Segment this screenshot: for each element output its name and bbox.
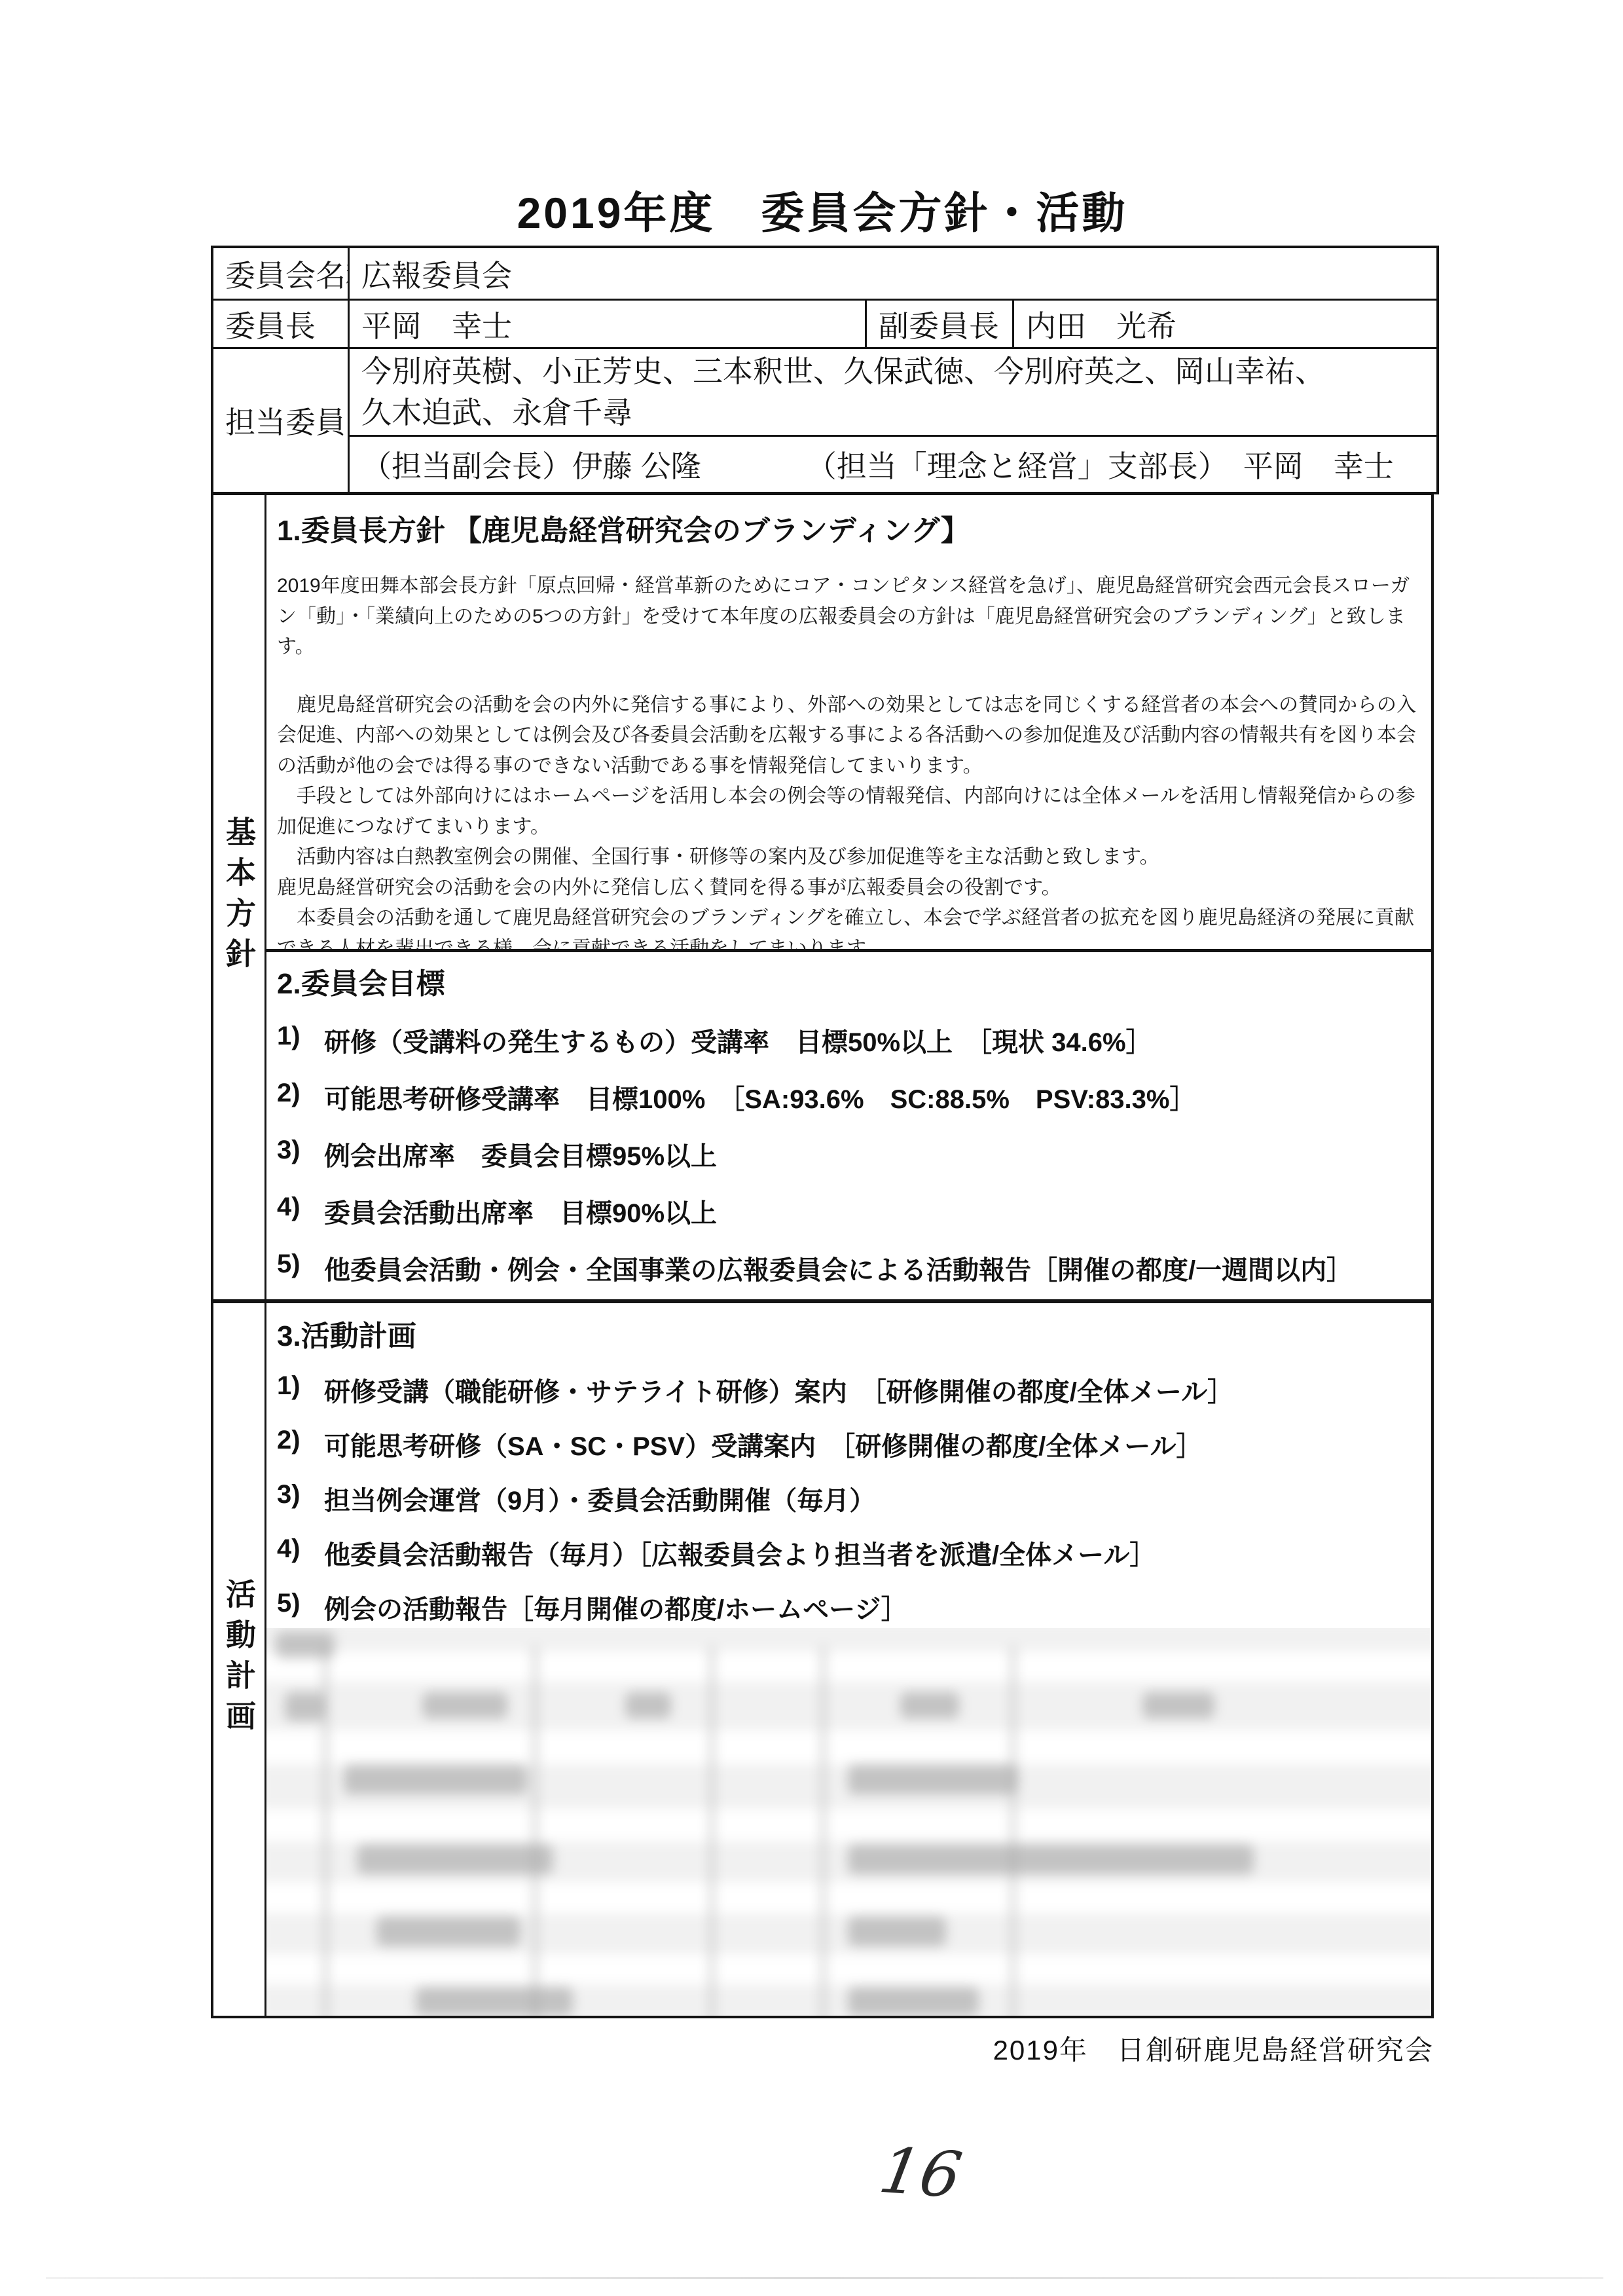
vice-chair-value: 内田 光希: [1014, 301, 1436, 349]
activity-plan-block: 活動計画 3.活動計画 1) 研修受講（職能研修・サテライト研修）案内 ［研修開…: [211, 1303, 1434, 2018]
goal-item: 1) 研修（受講料の発生するもの）受講率 目標50%以上 ［現状 34.6%］: [277, 1022, 1422, 1059]
chair-label: 委員長: [213, 301, 350, 349]
committee-name-label: 委員会名称: [213, 248, 350, 301]
plan-item: 5) 例会の活動報告［毎月開催の都度/ホームページ］: [277, 1589, 1422, 1626]
policy-paragraph: 鹿児島経営研究会の活動を会の内外に発信する事により、外部への効果としては志を同じ…: [277, 690, 1422, 782]
chair-value: 平岡 幸士: [350, 301, 867, 349]
plan-number: 3): [277, 1480, 324, 1517]
members-names-line1: 今別府英樹、小正芳史、三本釈世、久保武徳、今別府英之、岡山幸祐、: [361, 351, 1325, 392]
scanned-document-page: { "title": "2019年度 委員会方針・活動", "header": …: [0, 0, 1623, 2296]
goal-item: 3) 例会出席率 委員会目標95%以上: [277, 1136, 1422, 1173]
goal-text: 研修（受講料の発生するもの）受講率 目標50%以上 ［現状 34.6%］: [324, 1022, 1152, 1059]
goal-text: 委員会活動出席率 目標90%以上: [324, 1193, 717, 1230]
members-label: 担当委員: [213, 349, 350, 492]
section1-heading: 1.委員長方針 【鹿児島経営研究会のブランディング】: [277, 507, 1422, 549]
plan-text: 例会の活動報告［毎月開催の都度/ホームページ］: [324, 1589, 907, 1626]
plan-text: 可能思考研修（SA・SC・PSV）受講案内 ［研修開催の都度/全体メール］: [324, 1426, 1202, 1463]
basic-policy-content: 1.委員長方針 【鹿児島経営研究会のブランディング】 2019年度田舞本部会長方…: [266, 495, 1431, 1299]
section2-committee-goals: 2.委員会目標 1) 研修（受講料の発生するもの）受講率 目標50%以上 ［現状…: [266, 952, 1431, 1299]
policy-paragraph: 本委員会の活動を通して鹿児島経営研究会のブランディングを確立し、本会で学ぶ経営者…: [277, 903, 1422, 952]
plan-item: 1) 研修受講（職能研修・サテライト研修）案内 ［研修開催の都度/全体メール］: [277, 1371, 1422, 1409]
scan-artifact-line: [46, 2277, 1603, 2279]
policy-lead-paragraph: 2019年度田舞本部会長方針「原点回帰・経営革新のためにコア・コンピタンス経営を…: [277, 571, 1422, 663]
goal-text: 他委員会活動・例会・全国事業の広報委員会による活動報告［開催の都度/一週間以内］: [324, 1250, 1353, 1287]
members-names: 今別府英樹、小正芳史、三本釈世、久保武徳、今別府英之、岡山幸祐、 久木迫武、永倉…: [350, 349, 1436, 437]
blurred-schedule-table: [266, 1628, 1431, 2016]
policy-paragraph: 手段としては外部向けにはホームページを活用し本会の例会等の情報発信、内部向けには…: [277, 781, 1422, 842]
section1-chair-policy: 1.委員長方針 【鹿児島経営研究会のブランディング】 2019年度田舞本部会長方…: [266, 495, 1431, 952]
footer-credit: 2019年 日創研鹿児島経営研究会: [993, 2029, 1434, 2068]
members-names-line2: 久木迫武、永倉千尋: [361, 392, 632, 433]
plan-item: 2) 可能思考研修（SA・SC・PSV）受講案内 ［研修開催の都度/全体メール］: [277, 1426, 1422, 1463]
plan-number: 1): [277, 1371, 324, 1409]
plan-number: 5): [277, 1589, 324, 1626]
goal-item: 5) 他委員会活動・例会・全国事業の広報委員会による活動報告［開催の都度/一週間…: [277, 1250, 1422, 1287]
plan-number: 2): [277, 1426, 324, 1463]
side-column-activity-plan: 活動計画: [213, 1303, 266, 2016]
goal-number: 1): [277, 1022, 324, 1059]
goal-text: 可能思考研修受講率 目標100% ［SA:93.6% SC:88.5% PSV:…: [324, 1079, 1195, 1116]
activity-plan-content: 3.活動計画 1) 研修受講（職能研修・サテライト研修）案内 ［研修開催の都度/…: [266, 1303, 1431, 2016]
side-label-basic-policy: 基本方針: [217, 816, 261, 978]
policy-paragraph: 鹿児島経営研究会の活動を会の内外に発信し広く賛同を得る事が広報委員会の役割です。: [277, 873, 1422, 904]
plan-item: 4) 他委員会活動報告（毎月）［広報委員会より担当者を派遣/全体メール］: [277, 1534, 1422, 1572]
side-label-activity-plan: 活動計画: [217, 1578, 261, 1741]
handwritten-page-number: 16: [874, 2134, 966, 2212]
members-sub-roles: （担当副会長）伊藤 公隆 （担当「理念と経営」支部長） 平岡 幸士: [350, 437, 1436, 492]
goal-number: 4): [277, 1193, 324, 1230]
vice-chair-label: 副委員長: [867, 301, 1014, 349]
goal-number: 5): [277, 1250, 324, 1287]
goal-number: 3): [277, 1136, 324, 1173]
blurred-schedule-content: [266, 1628, 1431, 2016]
committee-name-value: 広報委員会: [350, 248, 1436, 301]
section3-heading: 3.活動計画: [277, 1312, 1422, 1354]
plan-text: 担当例会運営（9月）・委員会活動開催（毎月）: [324, 1480, 875, 1517]
plan-text: 研修受講（職能研修・サテライト研修）案内 ［研修開催の都度/全体メール］: [324, 1371, 1233, 1409]
plan-item: 3) 担当例会運営（9月）・委員会活動開催（毎月）: [277, 1480, 1422, 1517]
basic-policy-block: 基本方針 1.委員長方針 【鹿児島経営研究会のブランディング】 2019年度田舞…: [211, 492, 1434, 1303]
goal-item: 2) 可能思考研修受講率 目標100% ［SA:93.6% SC:88.5% P…: [277, 1079, 1422, 1116]
goal-item: 4) 委員会活動出席率 目標90%以上: [277, 1193, 1422, 1230]
goal-text: 例会出席率 委員会目標95%以上: [324, 1136, 717, 1173]
plan-text: 他委員会活動報告（毎月）［広報委員会より担当者を派遣/全体メール］: [324, 1534, 1156, 1572]
section2-heading: 2.委員会目標: [277, 960, 1422, 1002]
goal-number: 2): [277, 1079, 324, 1116]
section3-activity-plan: 3.活動計画 1) 研修受講（職能研修・サテライト研修）案内 ［研修開催の都度/…: [266, 1303, 1431, 1680]
plan-number: 4): [277, 1534, 324, 1572]
header-table: 委員会名称 広報委員会 委員長 平岡 幸士 副委員長 内田 光希 担当委員 今別…: [211, 246, 1439, 494]
side-column-basic-policy: 基本方針: [213, 495, 266, 1299]
page-title: 2019年度 委員会方針・活動: [211, 178, 1434, 240]
policy-paragraph: 活動内容は白熱教室例会の開催、全国行事・研修等の案内及び参加促進等を主な活動と致…: [277, 842, 1422, 873]
